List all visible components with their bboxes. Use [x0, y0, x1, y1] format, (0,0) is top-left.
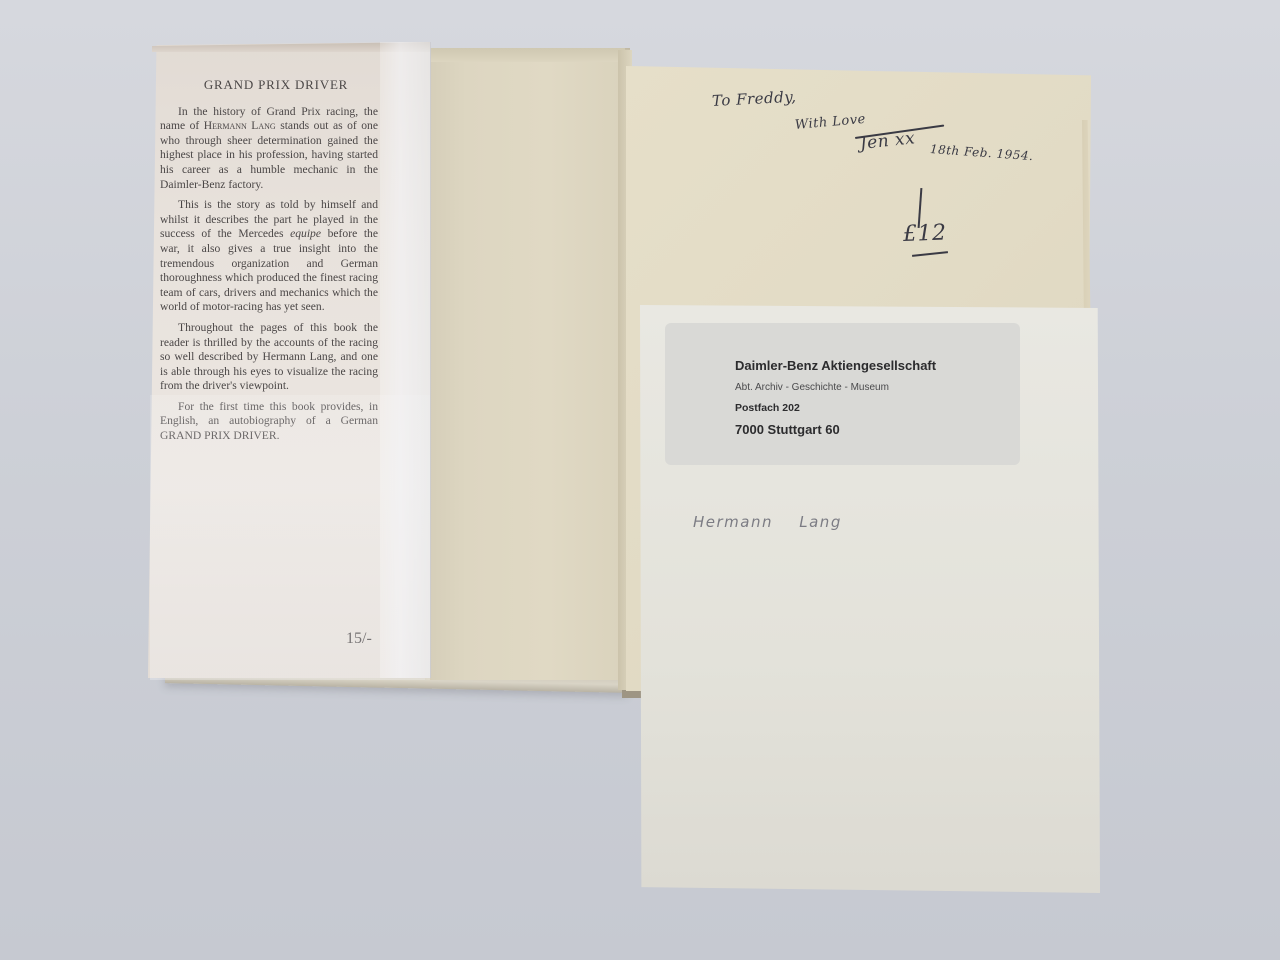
blurb-paragraph: Throughout the pages of this book the re…: [160, 321, 378, 394]
label-company: Daimler-Benz Aktiengesellschaft: [735, 358, 936, 373]
blurb-title: GRAND PRIX DRIVER: [174, 78, 378, 93]
label-department: Abt. Archiv - Geschichte - Museum: [735, 382, 889, 393]
address-label: Daimler-Benz Aktiengesellschaft Abt. Arc…: [665, 323, 1020, 465]
tape-strip: [380, 42, 431, 678]
blurb-paragraph: In the history of Grand Prix racing, the…: [160, 105, 378, 193]
label-postbox: Postfach 202: [735, 402, 800, 414]
handwritten-name: Hermann Lang: [693, 513, 842, 531]
pencil-price: £12: [903, 220, 947, 247]
blurb-author-name: Hermann Lang: [204, 119, 276, 132]
dust-jacket-blurb: GRAND PRIX DRIVER In the history of Gran…: [160, 78, 378, 450]
blurb-italic-word: equipe: [290, 227, 321, 240]
blurb-paragraph: This is the story as told by himself and…: [160, 198, 378, 315]
label-city: 7000 Stuttgart 60: [735, 422, 840, 437]
book-front-board: [425, 48, 630, 680]
book-board-top-edge: [430, 48, 625, 62]
